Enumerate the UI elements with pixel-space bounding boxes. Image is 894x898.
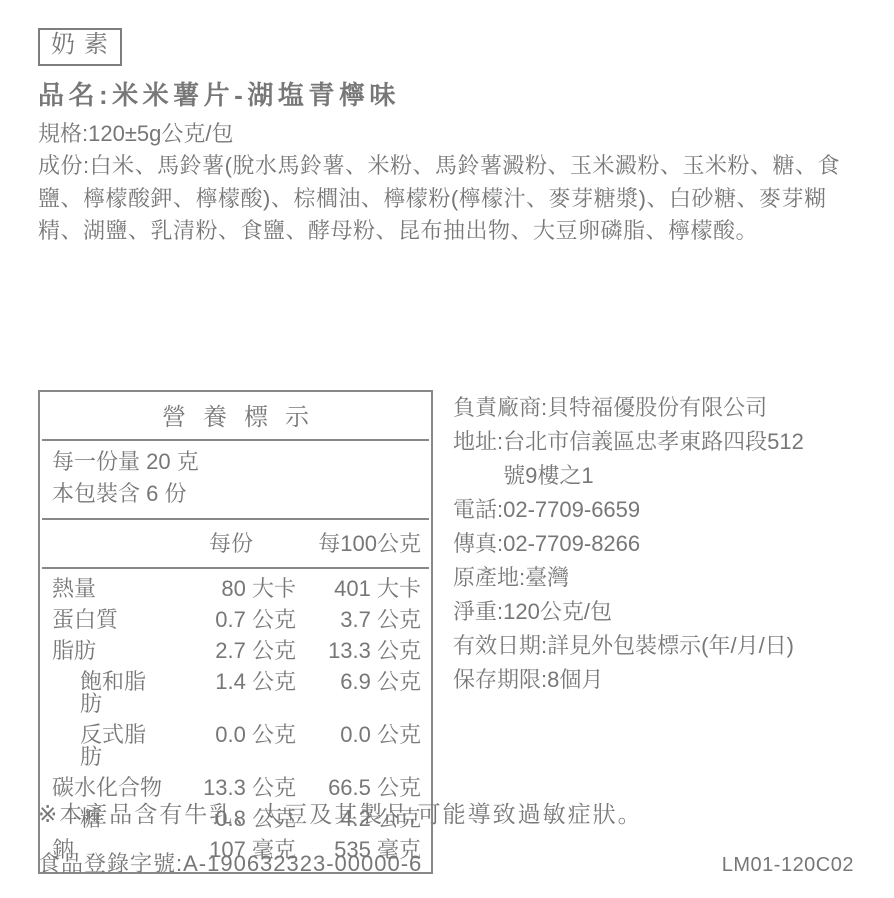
net-weight-value: 120公克/包 xyxy=(503,595,612,629)
nutrient-per-serving: 0.0 公克 xyxy=(166,724,296,768)
nutrient-per-100g: 0.0 公克 xyxy=(296,724,429,768)
origin-value: 臺灣 xyxy=(525,561,569,595)
address-value: 台北市信義區忠孝東路四段512 號9樓之1 xyxy=(503,425,804,493)
nutrient-per-serving: 0.7 公克 xyxy=(166,609,296,631)
vegetarian-badge-label: 奶素 xyxy=(51,31,117,58)
serving-size: 每一份量 20 克 xyxy=(52,446,429,478)
column-header-spacer xyxy=(42,527,166,558)
table-row: 熱量 80 大卡 401 大卡 xyxy=(42,574,429,605)
shelf-life-value: 8個月 xyxy=(547,663,603,697)
net-weight-row: 淨重: 120公克/包 xyxy=(453,595,856,629)
allergy-note: ※本產品含有牛乳、大豆及其製品,可能導致過敏症狀。 xyxy=(38,796,854,829)
table-row: 反式脂肪 0.0 公克 0.0 公克 xyxy=(42,720,429,773)
registration-row: 食品登錄字號:A-190632323-00000-6 LM01-120C02 xyxy=(38,847,854,878)
shelf-life-label: 保存期限: xyxy=(453,663,547,697)
expiry-row: 有效日期: 詳見外包裝標示(年/月/日) xyxy=(453,629,856,663)
net-weight-label: 淨重: xyxy=(453,595,503,629)
spec-line: 規格:120±5g公克/包 xyxy=(38,118,856,150)
company-info: 負責廠商: 貝特福優股份有限公司 地址: 台北市信義區忠孝東路四段512 號9樓… xyxy=(453,390,856,697)
table-row: 蛋白質 0.7 公克 3.7 公克 xyxy=(42,605,429,636)
fax-row: 傳真: 02-7709-8266 xyxy=(453,527,856,561)
column-header-per-serving: 每份 xyxy=(166,527,296,558)
nutrition-column-headers: 每份 每100公克 xyxy=(42,520,429,569)
manufacturer-value: 貝特福優股份有限公司 xyxy=(547,391,767,425)
footer-section: ※本產品含有牛乳、大豆及其製品,可能導致過敏症狀。 食品登錄字號:A-19063… xyxy=(38,796,854,878)
fax-value: 02-7709-8266 xyxy=(503,527,640,561)
shelf-life-row: 保存期限: 8個月 xyxy=(453,663,856,697)
serving-info: 每一份量 20 克 本包裝含 6 份 xyxy=(42,441,429,520)
product-code: LM01-120C02 xyxy=(722,854,854,877)
nutrient-per-100g: 401 大卡 xyxy=(296,578,429,600)
phone-row: 電話: 02-7709-6659 xyxy=(453,493,856,527)
nutrient-per-serving: 1.4 公克 xyxy=(166,671,296,715)
manufacturer-label: 負責廠商: xyxy=(453,391,547,425)
table-row: 脂肪 2.7 公克 13.3 公克 xyxy=(42,636,429,667)
product-label-page: 奶素 品名:米米薯片-湖塩青檸味 規格:120±5g公克/包 成份:白米、馬鈴薯… xyxy=(0,0,894,898)
nutrient-label: 熱量 xyxy=(42,578,166,600)
fax-label: 傳真: xyxy=(453,527,503,561)
nutrient-per-100g: 6.9 公克 xyxy=(296,671,429,715)
nutrient-label: 反式脂肪 xyxy=(42,724,166,768)
nutrient-per-100g: 13.3 公克 xyxy=(296,640,429,662)
address-label: 地址: xyxy=(453,425,503,493)
expiry-value: 詳見外包裝標示(年/月/日) xyxy=(547,629,794,663)
manufacturer-row: 負責廠商: 貝特福優股份有限公司 xyxy=(453,391,856,425)
column-header-per-100g: 每100公克 xyxy=(296,527,429,558)
ingredients-paragraph: 成份:白米、馬鈴薯(脫水馬鈴薯、米粉、馬鈴薯澱粉、玉米澱粉、玉米粉、糖、食鹽、檸… xyxy=(38,150,866,248)
nutrient-label: 飽和脂肪 xyxy=(42,671,166,715)
origin-row: 原產地: 臺灣 xyxy=(453,561,856,595)
table-row: 飽和脂肪 1.4 公克 6.9 公克 xyxy=(42,667,429,720)
phone-value: 02-7709-6659 xyxy=(503,493,640,527)
nutrient-per-100g: 3.7 公克 xyxy=(296,609,429,631)
vegetarian-badge: 奶素 xyxy=(38,28,122,66)
nutrient-per-serving: 80 大卡 xyxy=(166,578,296,600)
nutrition-table-title: 營養標示 xyxy=(42,392,429,441)
registration-number: 食品登錄字號:A-190632323-00000-6 xyxy=(38,847,422,878)
address-row: 地址: 台北市信義區忠孝東路四段512 號9樓之1 xyxy=(453,425,856,493)
nutrient-per-serving: 2.7 公克 xyxy=(166,640,296,662)
phone-label: 電話: xyxy=(453,493,503,527)
expiry-label: 有效日期: xyxy=(453,629,547,663)
nutrient-label: 脂肪 xyxy=(42,640,166,662)
servings-per-pack: 本包裝含 6 份 xyxy=(52,478,429,510)
origin-label: 原產地: xyxy=(453,561,525,595)
product-name: 品名:米米薯片-湖塩青檸味 xyxy=(38,79,856,112)
nutrient-label: 蛋白質 xyxy=(42,609,166,631)
